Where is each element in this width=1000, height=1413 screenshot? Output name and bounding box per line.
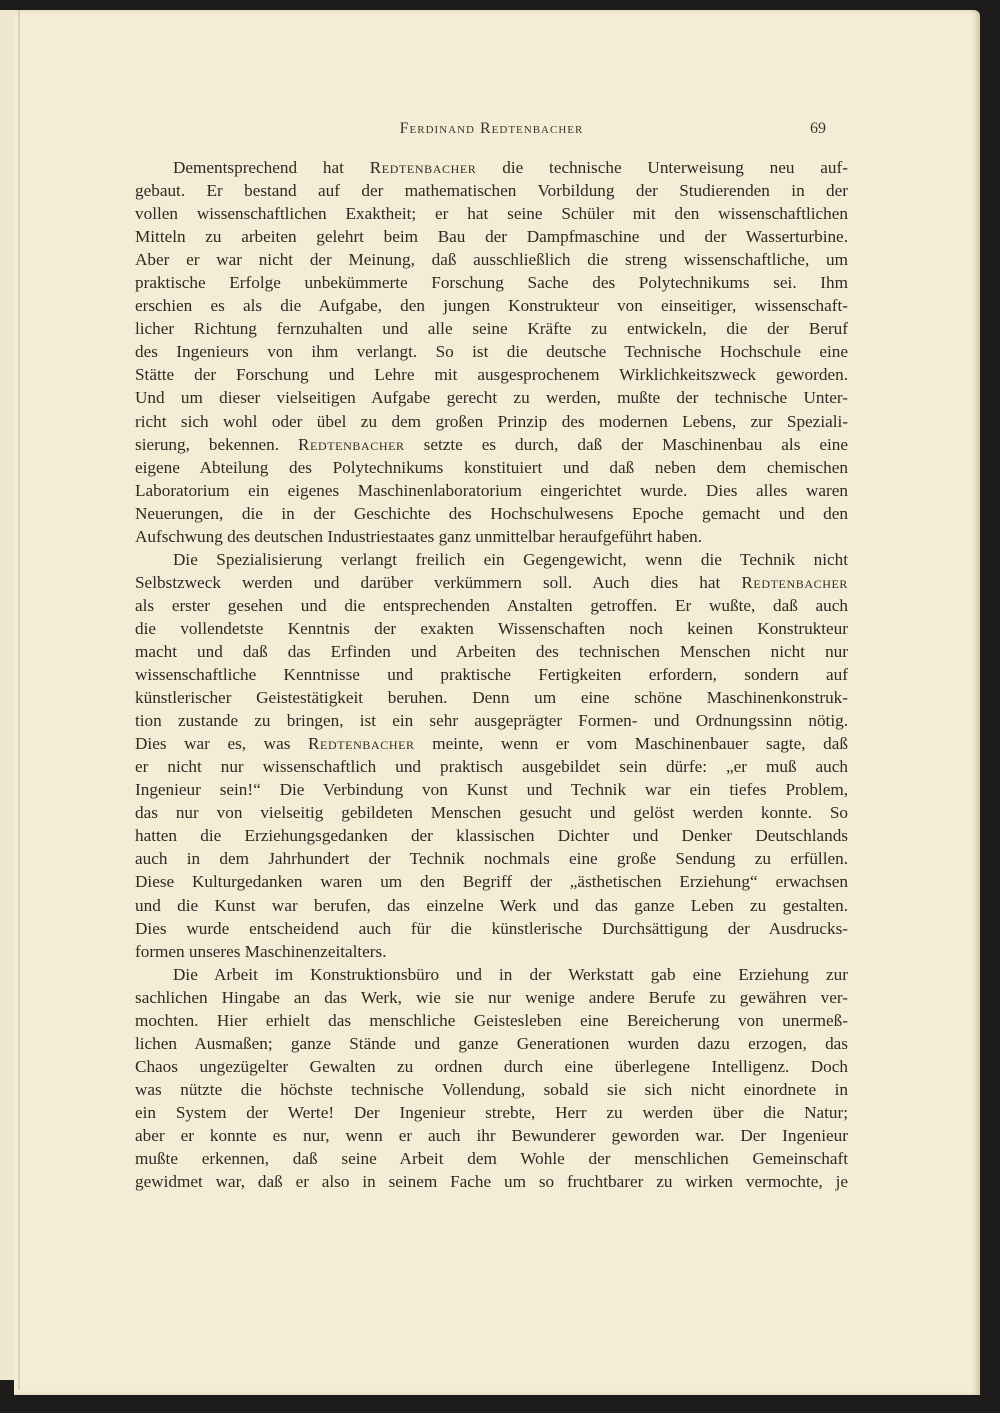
paragraph-first-line: Die Spezialisierung verlangt freilich ei…: [135, 548, 848, 571]
small-caps-name: Redtenbacher: [308, 734, 415, 753]
text-segment: lichen Ausmaßen; ganze Stände und ganze …: [135, 1034, 848, 1053]
text-line: Mitteln zu arbeiten gelehrt beim Bau der…: [135, 225, 848, 248]
small-caps-name: Redtenbacher: [298, 435, 405, 454]
text-line: des Ingenieurs von ihm verlangt. So ist …: [135, 340, 848, 363]
text-segment: er nicht nur wissenschaftlich und prakti…: [135, 757, 848, 776]
text-line: mochten. Hier erhielt das menschliche Ge…: [135, 1009, 848, 1032]
text-segment: Dementsprechend hat: [173, 158, 370, 177]
text-segment: eigene Abteilung des Polytechnikums kons…: [135, 458, 848, 477]
text-segment: sierung, bekennen.: [135, 435, 298, 454]
text-line: sierung, bekennen. Redtenbacher setzte e…: [135, 433, 848, 456]
text-line: das nur von vielseitig gebildeten Mensch…: [135, 801, 848, 824]
text-segment: Aber er war nicht der Meinung, daß aussc…: [135, 250, 848, 269]
small-caps-name: Redtenbacher: [741, 573, 848, 592]
text-line: hatten die Erziehungsgedanken der klassi…: [135, 824, 848, 847]
text-segment: setzte es durch, daß der Maschinenbau al…: [405, 435, 848, 454]
text-segment: was nützte die höchste technische Vollen…: [135, 1080, 848, 1099]
text-segment: meinte, wenn er vom Maschinenbauer sagte…: [415, 734, 848, 753]
text-line: praktische Erfolge unbekümmerte Forschun…: [135, 271, 848, 294]
text-line: lichen Ausmaßen; ganze Stände und ganze …: [135, 1032, 848, 1055]
text-line: macht und daß das Erfinden und Arbeiten …: [135, 640, 848, 663]
text-segment: Die Arbeit im Konstruktionsbüro und in d…: [173, 965, 848, 984]
text-segment: Neuerungen, die in der Geschichte des Ho…: [135, 504, 848, 523]
text-line: licher Richtung fernzuhalten und alle se…: [135, 317, 848, 340]
text-line: erschien es als die Aufgabe, den jungen …: [135, 294, 848, 317]
text-segment: des Ingenieurs von ihm verlangt. So ist …: [135, 342, 848, 361]
text-segment: auch in dem Jahrhundert der Technik noch…: [135, 849, 848, 868]
text-segment: Und um dieser vielseitigen Aufgabe gerec…: [135, 388, 848, 407]
text-line: Stätte der Forschung und Lehre mit ausge…: [135, 363, 848, 386]
text-segment: Mitteln zu arbeiten gelehrt beim Bau der…: [135, 227, 848, 246]
text-line: was nützte die höchste technische Vollen…: [135, 1078, 848, 1101]
text-line: und die Kunst war berufen, das einzelne …: [135, 894, 848, 917]
text-line: Diese Kulturgedanken waren um den Begrif…: [135, 870, 848, 893]
text-line: künstlerischer Geistestätigkeit beruhen.…: [135, 686, 848, 709]
text-line: eigene Abteilung des Polytechnikums kons…: [135, 456, 848, 479]
text-segment: die vollendetste Kenntnis der exakten Wi…: [135, 619, 848, 638]
text-line: Dies wurde entscheidend auch für die kün…: [135, 917, 848, 940]
text-line: Dies war es, was Redtenbacher meinte, we…: [135, 732, 848, 755]
text-segment: Ingenieur sein!“ Die Verbindung von Kuns…: [135, 780, 848, 799]
text-line: Und um dieser vielseitigen Aufgabe gerec…: [135, 386, 848, 409]
text-line: aber er konnte es nur, wenn er auch ihr …: [135, 1124, 848, 1147]
text-segment: Dies wurde entscheidend auch für die kün…: [135, 919, 848, 938]
small-caps-name: Redtenbacher: [370, 158, 477, 177]
paragraph-first-line: Die Arbeit im Konstruktionsbüro und in d…: [135, 963, 848, 986]
text-line: Aufschwung des deutschen Industriestaate…: [135, 525, 848, 548]
text-segment: Stätte der Forschung und Lehre mit ausge…: [135, 365, 848, 384]
text-segment: Selbstzweck werden und darüber verkümmer…: [135, 573, 741, 592]
text-line: Selbstzweck werden und darüber verkümmer…: [135, 571, 848, 594]
text-segment: Chaos ungezügelter Gewalten zu ordnen du…: [135, 1057, 848, 1076]
text-line: sachlichen Hingabe an das Werk, wie sie …: [135, 986, 848, 1009]
text-line: Chaos ungezügelter Gewalten zu ordnen du…: [135, 1055, 848, 1078]
text-segment: hatten die Erziehungsgedanken der klassi…: [135, 826, 848, 845]
text-segment: wissenschaftliche Kenntnisse und praktis…: [135, 665, 848, 684]
text-line: wissenschaftliche Kenntnisse und praktis…: [135, 663, 848, 686]
text-segment: und die Kunst war berufen, das einzelne …: [135, 896, 848, 915]
text-segment: mochten. Hier erhielt das menschliche Ge…: [135, 1011, 848, 1030]
text-segment: als erster gesehen und die entsprechende…: [135, 596, 848, 615]
page-gutter: [18, 10, 20, 1390]
text-line: auch in dem Jahrhundert der Technik noch…: [135, 847, 848, 870]
text-segment: richt sich wohl oder übel zu dem großen …: [135, 412, 848, 431]
text-line: formen unseres Maschinenzeitalters.: [135, 940, 848, 963]
text-segment: erschien es als die Aufgabe, den jungen …: [135, 296, 848, 315]
text-line: mußte erkennen, daß seine Arbeit dem Woh…: [135, 1147, 848, 1170]
text-line: Ingenieur sein!“ Die Verbindung von Kuns…: [135, 778, 848, 801]
text-segment: Diese Kulturgedanken waren um den Begrif…: [135, 872, 848, 891]
text-line: gebaut. Er bestand auf der mathematische…: [135, 179, 848, 202]
text-line: ein System der Werte! Der Ingenieur stre…: [135, 1101, 848, 1124]
text-segment: tion zustande zu bringen, ist ein sehr a…: [135, 711, 848, 730]
text-line: Neuerungen, die in der Geschichte des Ho…: [135, 502, 848, 525]
text-segment: macht und daß das Erfinden und Arbeiten …: [135, 642, 848, 661]
text-line: er nicht nur wissenschaftlich und prakti…: [135, 755, 848, 778]
text-segment: gebaut. Er bestand auf der mathematische…: [135, 181, 848, 200]
text-segment: Laboratorium ein eigenes Maschinenlabora…: [135, 481, 848, 500]
running-title: Ferdinand Redtenbacher: [135, 120, 848, 138]
text-line: Laboratorium ein eigenes Maschinenlabora…: [135, 479, 848, 502]
page-number: 69: [810, 120, 826, 138]
text-segment: gewidmet war, daß er also in seinem Fach…: [135, 1172, 848, 1191]
text-segment: sachlichen Hingabe an das Werk, wie sie …: [135, 988, 848, 1007]
text-segment: das nur von vielseitig gebildeten Mensch…: [135, 803, 848, 822]
text-line: als erster gesehen und die entsprechende…: [135, 594, 848, 617]
text-segment: licher Richtung fernzuhalten und alle se…: [135, 319, 848, 338]
text-line: gewidmet war, daß er also in seinem Fach…: [135, 1170, 848, 1193]
text-segment: formen unseres Maschinenzeitalters.: [135, 942, 387, 961]
body-text: Dementsprechend hat Redtenbacher die tec…: [135, 156, 848, 1193]
text-segment: künstlerischer Geistestätigkeit beruhen.…: [135, 688, 848, 707]
text-segment: Dies war es, was: [135, 734, 308, 753]
text-segment: mußte erkennen, daß seine Arbeit dem Woh…: [135, 1149, 848, 1168]
text-line: vollen wissenschaftlichen Exaktheit; er …: [135, 202, 848, 225]
paragraph-first-line: Dementsprechend hat Redtenbacher die tec…: [135, 156, 848, 179]
text-line: die vollendetste Kenntnis der exakten Wi…: [135, 617, 848, 640]
running-header: Ferdinand Redtenbacher 69: [135, 120, 848, 144]
text-segment: vollen wissenschaftlichen Exaktheit; er …: [135, 204, 848, 223]
text-segment: Aufschwung des deutschen Industriestaate…: [135, 527, 702, 546]
text-segment: Die Spezialisierung verlangt freilich ei…: [173, 550, 848, 569]
text-line: Aber er war nicht der Meinung, daß aussc…: [135, 248, 848, 271]
text-line: richt sich wohl oder übel zu dem großen …: [135, 410, 848, 433]
text-segment: die technische Unterweisung neu auf-: [476, 158, 848, 177]
text-segment: ein System der Werte! Der Ingenieur stre…: [135, 1103, 848, 1122]
text-line: tion zustande zu bringen, ist ein sehr a…: [135, 709, 848, 732]
text-segment: aber er konnte es nur, wenn er auch ihr …: [135, 1126, 848, 1145]
text-segment: praktische Erfolge unbekümmerte Forschun…: [135, 273, 848, 292]
